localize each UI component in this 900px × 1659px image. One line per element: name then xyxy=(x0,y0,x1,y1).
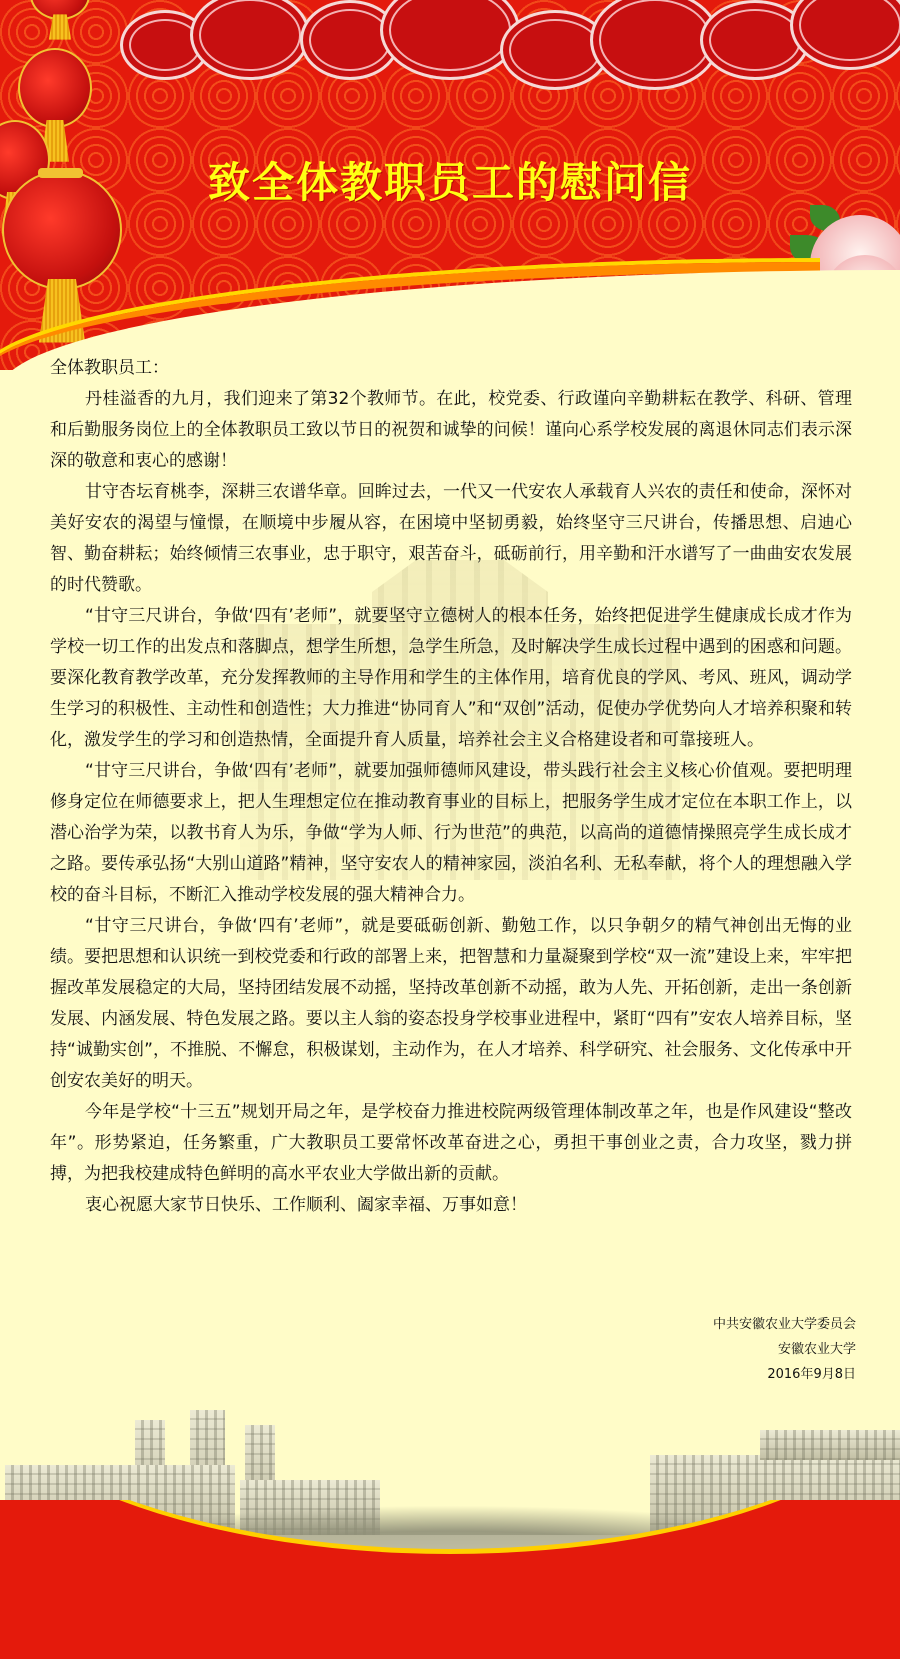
salutation: 全体教职员工： xyxy=(50,353,852,384)
page-title: 致全体教职员工的慰问信 xyxy=(0,150,900,210)
auspicious-clouds-decoration xyxy=(120,0,900,90)
signature-org-university: 安徽农业大学 xyxy=(713,1337,856,1362)
paragraph: “甘守三尺讲台，争做‘四有’老师”，就要坚守立德树人的根本任务，始终把促进学生健… xyxy=(50,601,852,756)
signature-block: 中共安徽农业大学委员会 安徽农业大学 2016年9月8日 xyxy=(713,1312,856,1387)
paragraph: 衷心祝愿大家节日快乐、工作顺利、阖家幸福、万事如意！ xyxy=(50,1190,852,1221)
paragraph: “甘守三尺讲台，争做‘四有’老师”，就要加强师德师风建设，带头践行社会主义核心价… xyxy=(50,756,852,911)
paragraph: 今年是学校“十三五”规划开局之年，是学校奋力推进校院两级管理体制改革之年，也是作… xyxy=(50,1097,852,1190)
footer-banner xyxy=(0,1500,900,1659)
letter-body: 全体教职员工： 丹桂溢香的九月，我们迎来了第32个教师节。在此，校党委、行政谨向… xyxy=(50,353,852,1221)
paragraph: 丹桂溢香的九月，我们迎来了第32个教师节。在此，校党委、行政谨向辛勤耕耘在教学、… xyxy=(50,384,852,477)
paragraph: 甘守杏坛育桃李，深耕三农谱华章。回眸过去，一代又一代安农人承载育人兴农的责任和使… xyxy=(50,477,852,601)
paragraph: “甘守三尺讲台，争做‘四有’老师”，就是要砥砺创新、勤勉工作，以只争朝夕的精气神… xyxy=(50,911,852,1097)
signature-org-party-committee: 中共安徽农业大学委员会 xyxy=(713,1312,856,1337)
signature-date: 2016年9月8日 xyxy=(713,1362,856,1387)
